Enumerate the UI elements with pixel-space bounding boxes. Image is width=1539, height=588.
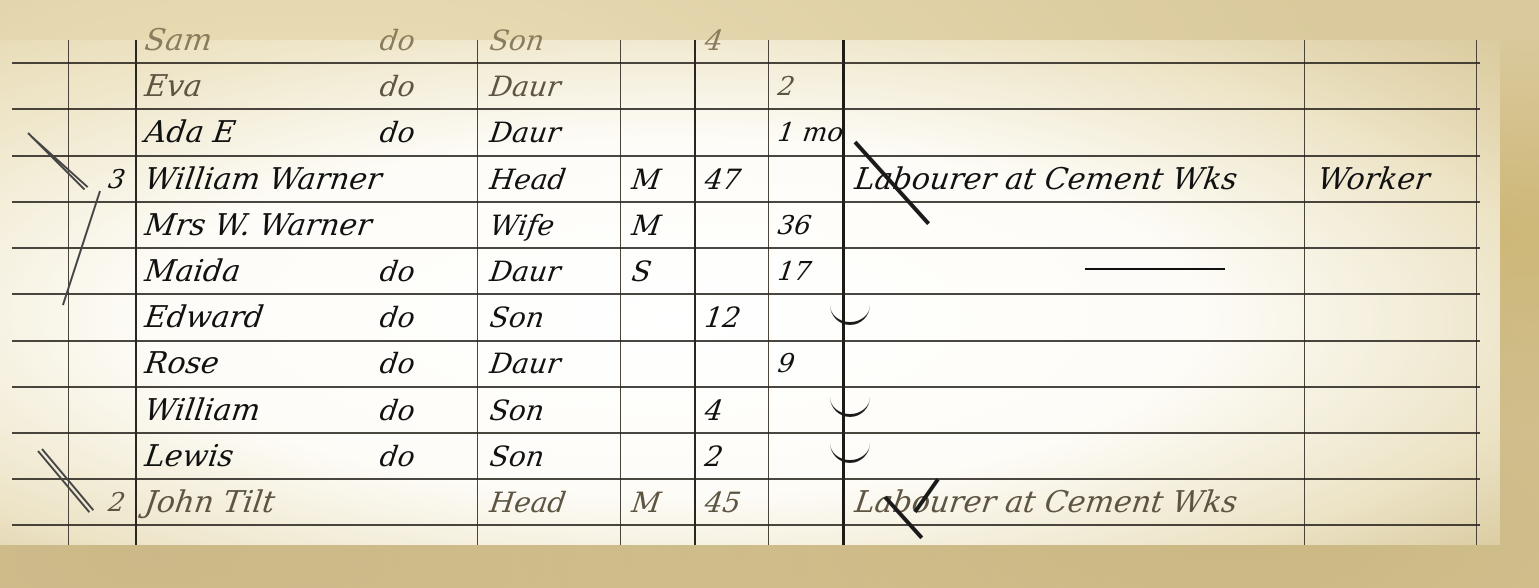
occupation	[852, 18, 858, 64]
marital-condition: M	[629, 157, 664, 203]
employment-status	[1315, 341, 1321, 387]
schedule-number: 3	[82, 157, 128, 203]
marital-condition: S	[629, 249, 655, 295]
occupation	[852, 249, 858, 295]
surname-ditto: do	[377, 249, 418, 295]
marital-condition: M	[629, 203, 664, 249]
marital-condition	[629, 341, 635, 387]
table-row: LewisdoSon2	[0, 434, 1500, 480]
age-male	[702, 110, 708, 156]
relation-to-head: Daur	[487, 64, 564, 110]
age-female	[775, 157, 781, 203]
person-name: Eva	[142, 64, 205, 110]
underline-mark	[1085, 268, 1225, 270]
age-male	[702, 249, 708, 295]
table-row: Ada EdoDaur1 mo	[0, 110, 1500, 156]
age-male	[702, 203, 708, 249]
person-name: Edward	[142, 295, 267, 341]
person-name: William Warner	[142, 157, 385, 203]
age-male: 2	[702, 434, 726, 480]
marital-condition	[629, 388, 635, 434]
age-female: 9	[775, 341, 798, 387]
occupation: Labourer at Cement Wks	[852, 157, 1241, 203]
age-male: 12	[702, 295, 744, 341]
relation-to-head: Son	[487, 295, 548, 341]
marital-condition	[629, 64, 635, 110]
age-male: 4	[702, 18, 726, 64]
marital-condition: M	[629, 480, 664, 526]
person-name: Mrs W. Warner	[142, 203, 375, 249]
person-name: Ada E	[142, 110, 239, 156]
age-female: 36	[775, 203, 815, 249]
schedule-number	[82, 295, 128, 341]
schedule-number	[82, 110, 128, 156]
surname-ditto: do	[377, 110, 418, 156]
relation-to-head: Son	[487, 434, 548, 480]
age-female: 17	[775, 249, 815, 295]
age-female	[775, 480, 781, 526]
age-male: 45	[702, 480, 744, 526]
table-row: SamdoSon4	[0, 18, 1500, 64]
marital-condition	[629, 18, 635, 64]
table-row: 3William WarnerHeadM47Labourer at Cement…	[0, 157, 1500, 203]
employment-status	[1315, 18, 1321, 64]
schedule-number	[82, 64, 128, 110]
relation-to-head: Daur	[487, 341, 564, 387]
age-female	[775, 18, 781, 64]
employment-status	[1315, 203, 1321, 249]
person-name: William	[142, 388, 263, 434]
age-male: 4	[702, 388, 726, 434]
surname-ditto: do	[377, 295, 418, 341]
occupation	[852, 64, 858, 110]
occupation	[852, 203, 858, 249]
table-row: RosedoDaur9	[0, 341, 1500, 387]
surname-ditto: do	[377, 434, 418, 480]
schedule-number	[82, 341, 128, 387]
surname-ditto: do	[377, 18, 418, 64]
age-female	[775, 434, 781, 480]
census-scan: SamdoSon4EvadoDaur2Ada EdoDaur1 mo3Willi…	[0, 40, 1500, 545]
relation-to-head: Daur	[487, 249, 564, 295]
table-row: EvadoDaur2	[0, 64, 1500, 110]
schedule-number	[82, 249, 128, 295]
relation-to-head: Son	[487, 388, 548, 434]
table-row: WilliamdoSon4	[0, 388, 1500, 434]
age-male	[702, 341, 708, 387]
table-row: EdwarddoSon12	[0, 295, 1500, 341]
marital-condition	[629, 295, 635, 341]
employment-status	[1315, 64, 1321, 110]
employment-status	[1315, 295, 1321, 341]
occupation	[852, 110, 858, 156]
person-name: Lewis	[142, 434, 237, 480]
surname-ditto	[377, 203, 383, 249]
marital-condition	[629, 434, 635, 480]
marital-condition	[629, 110, 635, 156]
employment-status	[1315, 110, 1321, 156]
person-name: Maida	[142, 249, 244, 295]
relation-to-head: Head	[487, 480, 569, 526]
surname-ditto: do	[377, 388, 418, 434]
relation-to-head: Son	[487, 18, 548, 64]
schedule-number	[82, 18, 128, 64]
occupation	[852, 341, 858, 387]
age-female	[775, 295, 781, 341]
employment-status	[1315, 480, 1321, 526]
schedule-number	[82, 388, 128, 434]
employment-status	[1315, 249, 1321, 295]
age-male	[702, 64, 708, 110]
age-female: 1 mo	[775, 110, 847, 156]
employment-status	[1315, 388, 1321, 434]
surname-ditto: do	[377, 341, 418, 387]
person-name: Rose	[142, 341, 222, 387]
relation-to-head: Daur	[487, 110, 564, 156]
age-female	[775, 388, 781, 434]
table-row: Mrs W. WarnerWifeM36	[0, 203, 1500, 249]
surname-ditto	[377, 480, 383, 526]
person-name: John Tilt	[142, 480, 278, 526]
surname-ditto: do	[377, 64, 418, 110]
table-row: MaidadoDaurS17	[0, 249, 1500, 295]
relation-to-head: Head	[487, 157, 569, 203]
table-row: 2John TiltHeadM45Labourer at Cement Wks	[0, 480, 1500, 526]
occupation: Labourer at Cement Wks	[852, 480, 1241, 526]
employment-status	[1315, 434, 1321, 480]
relation-to-head: Wife	[487, 203, 558, 249]
employment-status: Worker	[1315, 157, 1433, 203]
person-name: Sam	[142, 18, 215, 64]
schedule-number	[82, 434, 128, 480]
age-male: 47	[702, 157, 744, 203]
age-female: 2	[775, 64, 798, 110]
